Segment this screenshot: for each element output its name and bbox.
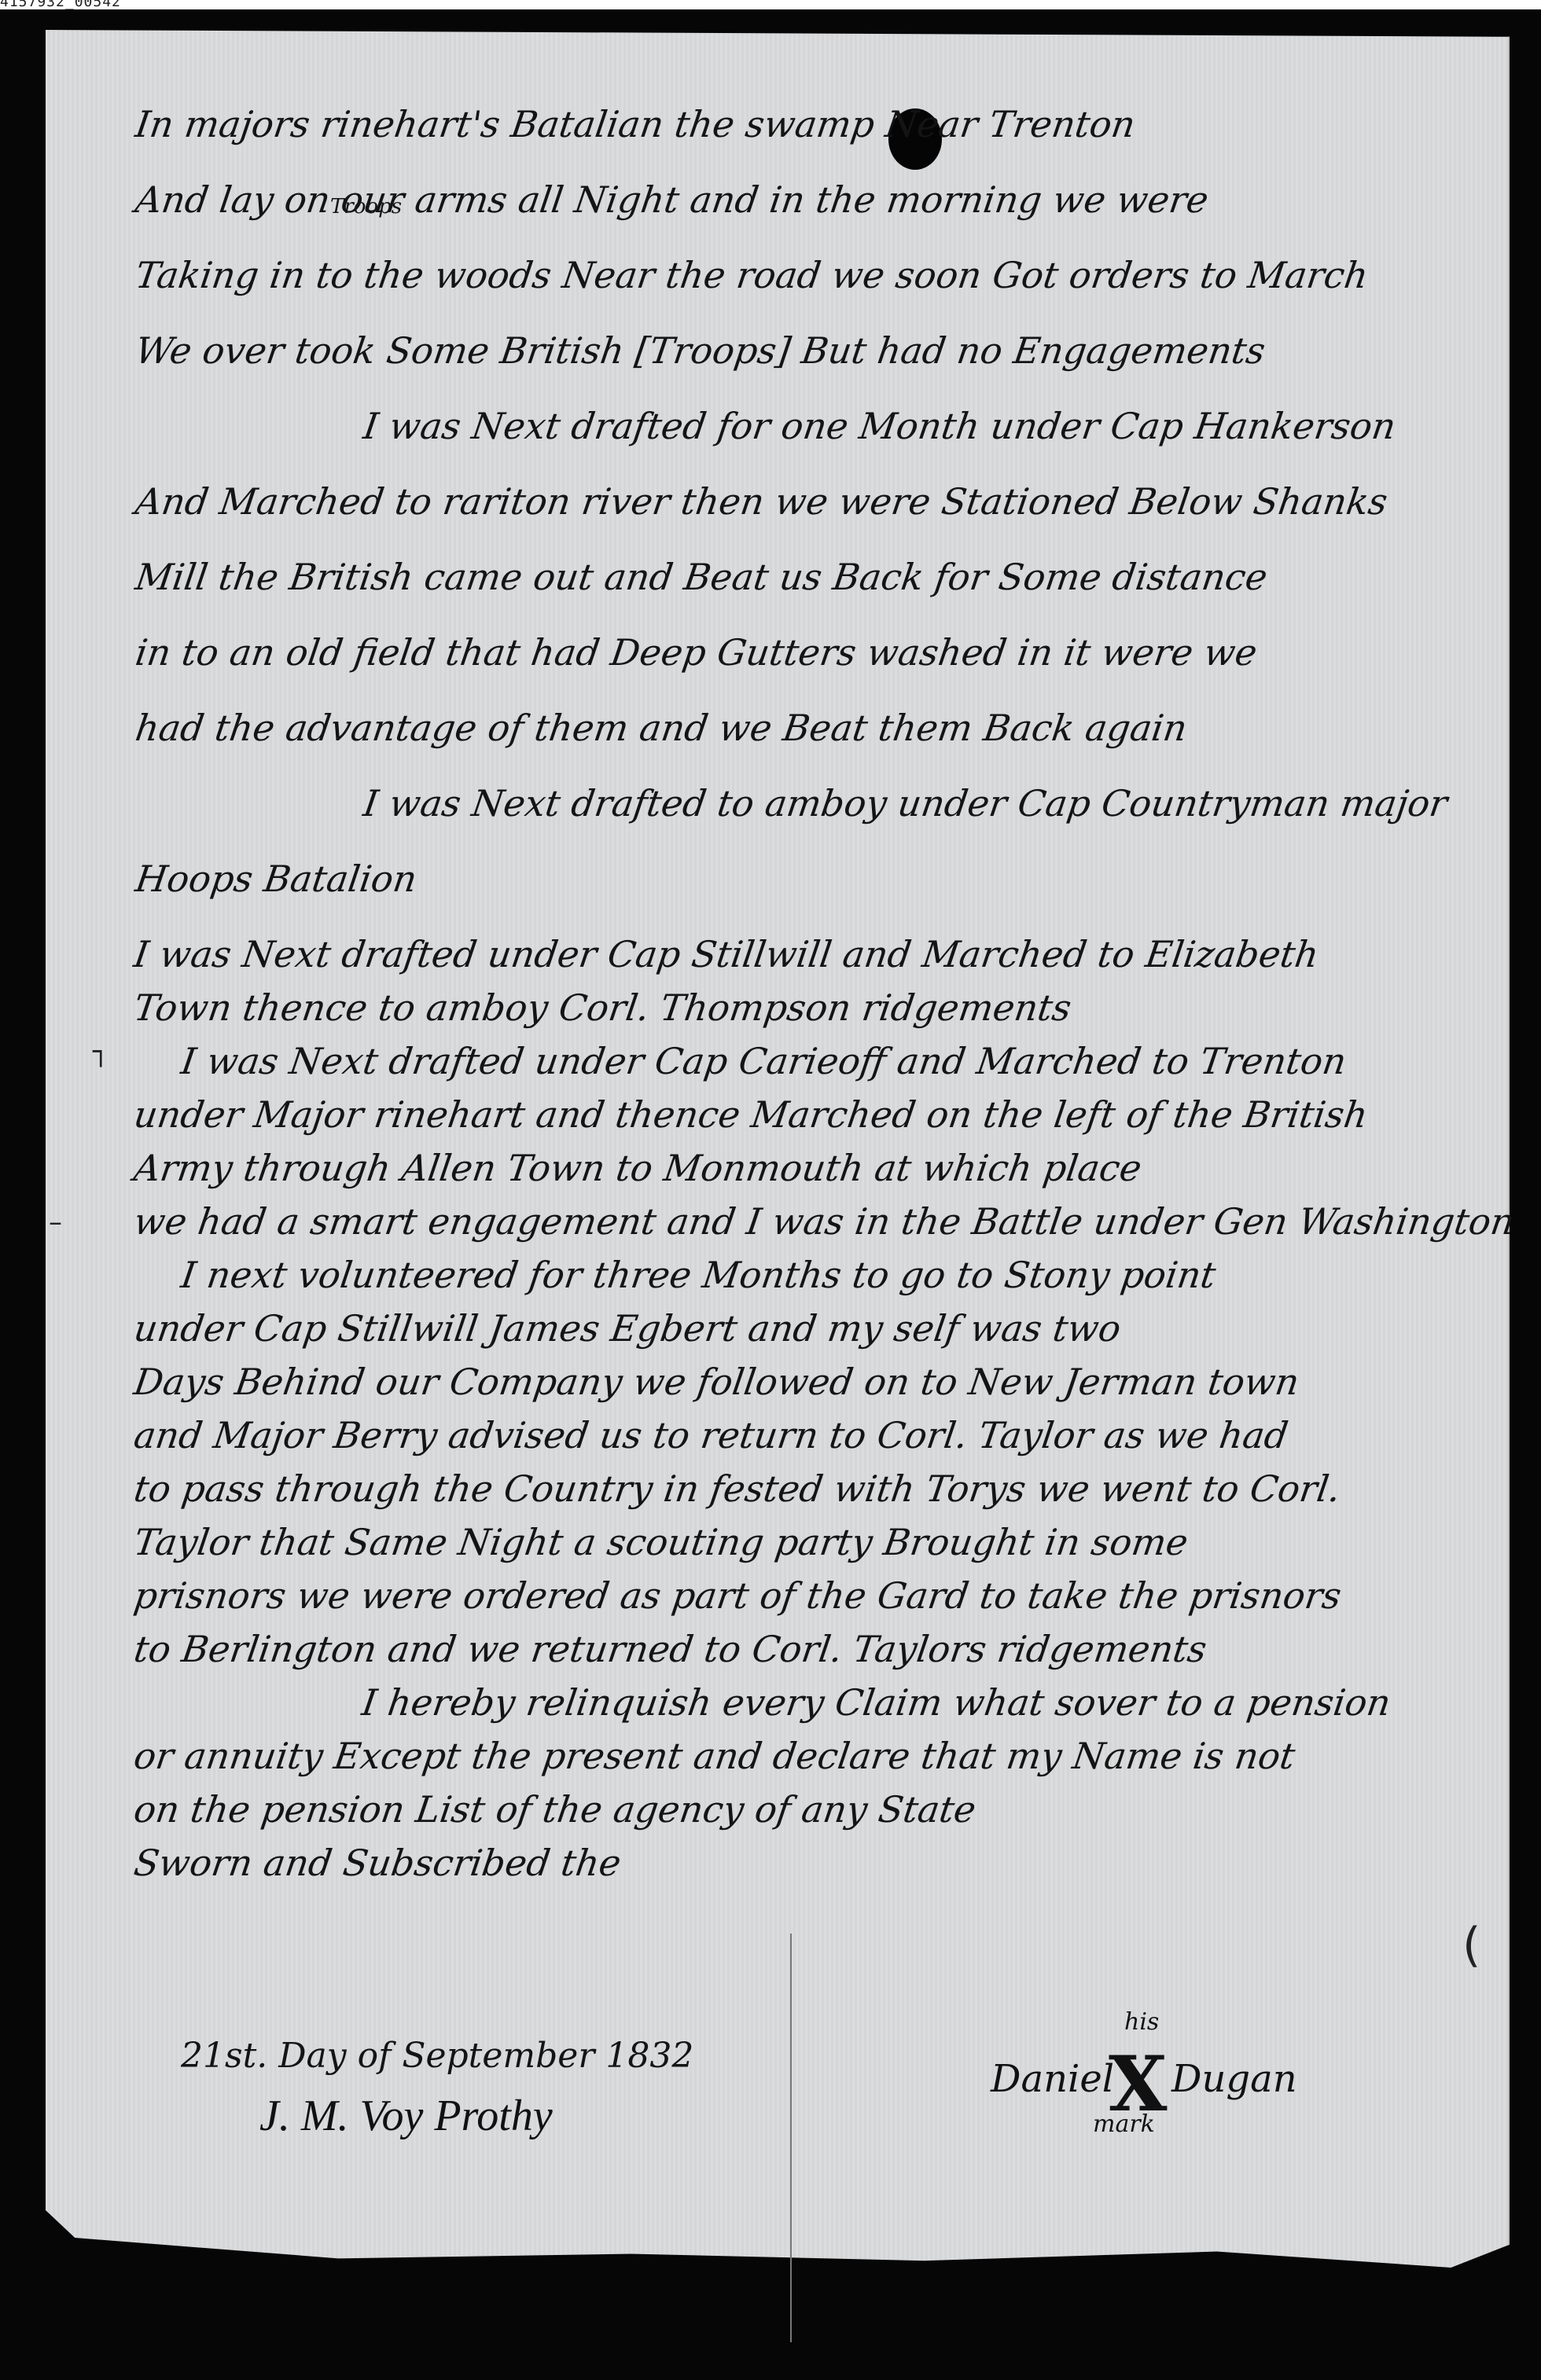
text-line: or annuity Except the present and declar… [130, 1734, 1490, 1787]
text-line: Taylor that Same Night a scouting party … [130, 1520, 1490, 1574]
text-line: Sworn and Subscribed the [130, 1841, 1490, 1894]
text-line: in to an old field that had Deep Gutters… [128, 630, 1491, 706]
text-line: In majors rinehart's Batalian the swamp … [128, 102, 1491, 178]
text-line: to pass through the Country in fested wi… [130, 1467, 1490, 1520]
margin-paren-icon: ( [1462, 1918, 1480, 1973]
text-line: had the advantage of them and we Beat th… [128, 706, 1491, 781]
text-line: Taking in to the woods Near the road we … [128, 253, 1491, 329]
text-line: and Major Berry advised us to return to … [130, 1413, 1490, 1467]
text-line: Hoops Batalion [128, 857, 1491, 932]
text-line: I was Next drafted to amboy under Cap Co… [128, 781, 1491, 857]
text-line: I was Next drafted for one Month under C… [128, 404, 1491, 479]
text-line: under Major rinehart and thence Marched … [130, 1093, 1490, 1146]
text-line: I hereby relinquish every Claim what sov… [130, 1680, 1490, 1734]
fold-line [790, 1934, 792, 2342]
margin-dash-icon: – [49, 1207, 62, 1238]
signer-first-name: Daniel [991, 2057, 1114, 2101]
signer-last-name: Dugan [1171, 2057, 1297, 2101]
text-line: I was Next drafted under Cap Carieoff an… [130, 1039, 1490, 1093]
text-line: Days Behind our Company we followed on t… [130, 1360, 1490, 1413]
text-line: under Cap Stillwill James Egbert and my … [130, 1306, 1490, 1360]
date-line: 21st. Day of September 1832 [181, 2036, 693, 2076]
text-line: to Berlington and we returned to Corl. T… [130, 1627, 1490, 1680]
text-line: we had a smart engagement and I was in t… [130, 1199, 1490, 1253]
text-line: on the pension List of the agency of any… [130, 1787, 1490, 1841]
text-line: Town thence to amboy Corl. Thompson ridg… [130, 986, 1490, 1039]
margin-bracket-icon: ┐ [93, 1036, 108, 1067]
text-line: prisnors we were ordered as part of the … [130, 1574, 1490, 1627]
text-line: And Marched to rariton river then we wer… [128, 479, 1491, 555]
text-line: We over took Some British [Troops] But h… [128, 329, 1491, 404]
text-line: Army through Allen Town to Monmouth at w… [130, 1146, 1490, 1199]
text-line: I was Next drafted under Cap Stillwill a… [130, 932, 1490, 986]
mark-signature: his Daniel X Dugan mark [991, 2008, 1431, 2150]
text-line: Mill the British came out and Beat us Ba… [128, 555, 1491, 630]
mark-label: mark [1093, 2110, 1155, 2138]
text-line: I next volunteered for three Months to g… [130, 1253, 1490, 1306]
mark-his-label: his [1124, 2008, 1159, 2036]
clerk-signature: J. M. Voy Prothy [259, 2091, 553, 2141]
handwritten-body: In majors rinehart's Batalian the swamp … [134, 102, 1486, 1894]
text-line: And lay on our arms all Night and in the… [128, 178, 1491, 253]
